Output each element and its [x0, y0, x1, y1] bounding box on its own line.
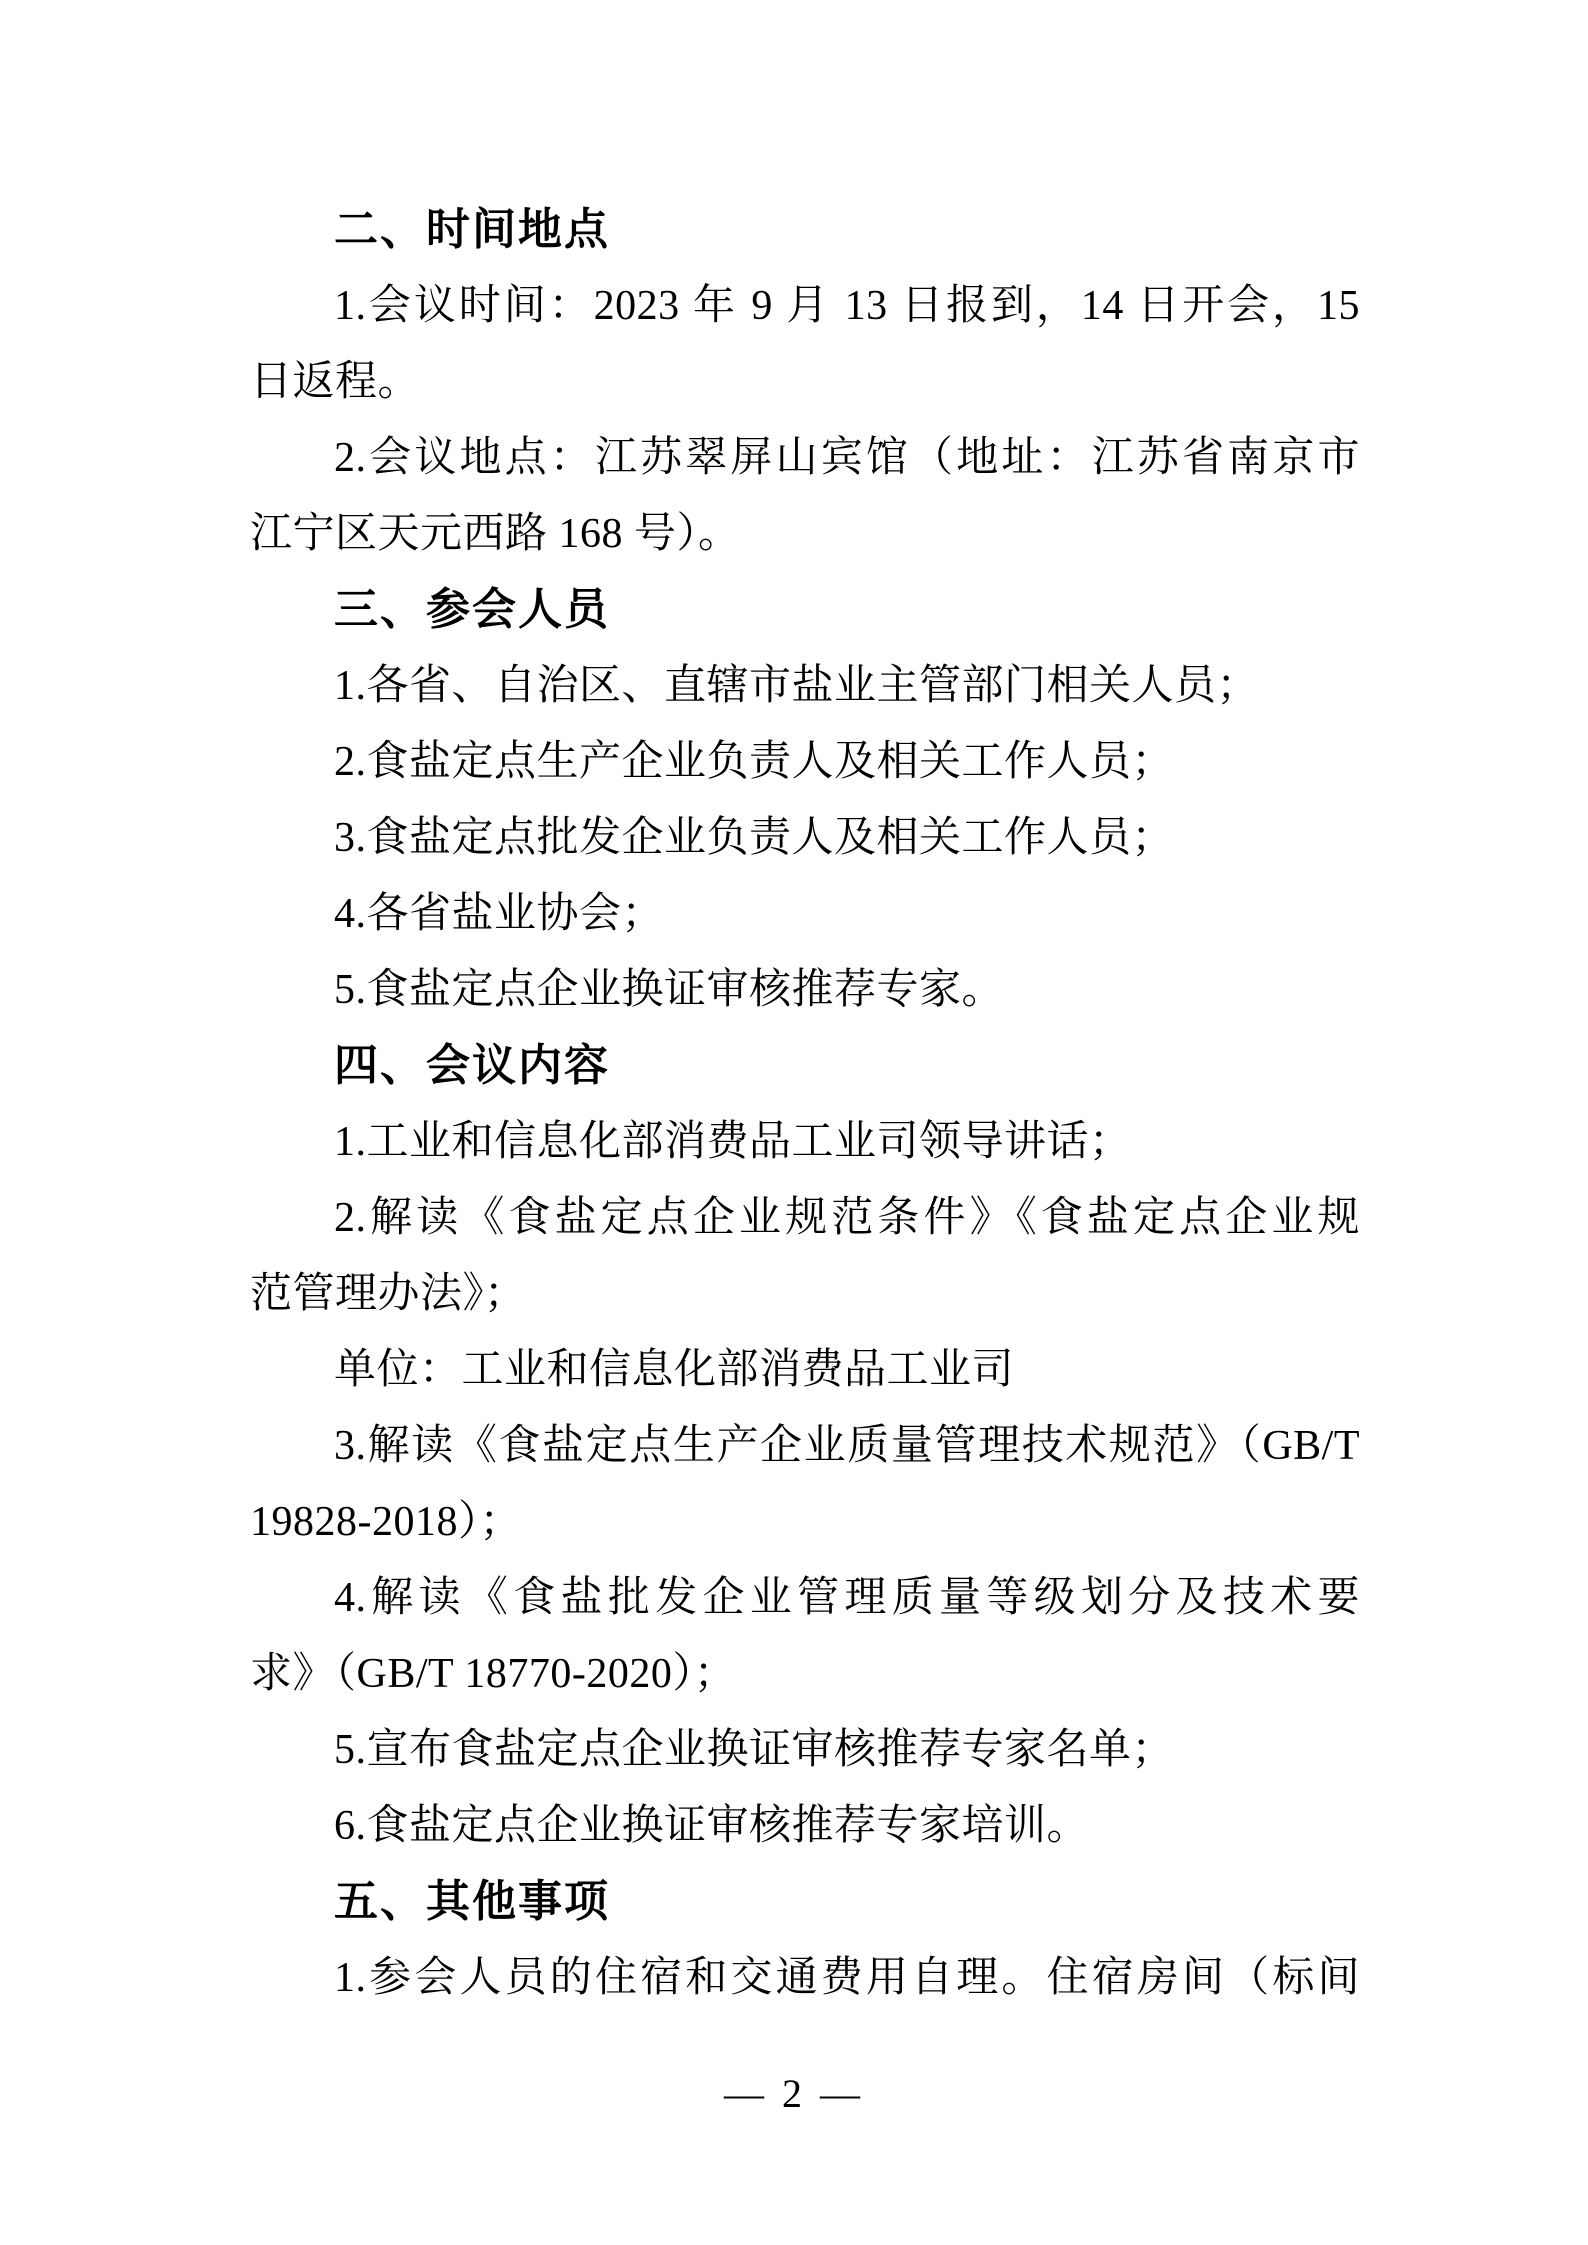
paragraph-line-agenda-3-cont: 19828-2018）；	[250, 1484, 1360, 1560]
section-heading-agenda: 四、会议内容	[250, 1028, 1360, 1104]
paragraph-line-agenda-2: 2.解读《食盐定点企业规范条件》《食盐定点企业规	[250, 1180, 1360, 1256]
paragraph-line-participants-5: 5.食盐定点企业换证审核推荐专家。	[250, 952, 1360, 1028]
paragraph-line-meeting-place: 2.会议地点：江苏翠屏山宾馆（地址：江苏省南京市	[250, 420, 1360, 496]
section-heading-other-matters: 五、其他事项	[250, 1864, 1360, 1940]
paragraph-line-agenda-3: 3.解读《食盐定点生产企业质量管理技术规范》（GB/T	[250, 1408, 1360, 1484]
paragraph-line-participants-3: 3.食盐定点批发企业负责人及相关工作人员；	[250, 800, 1360, 876]
paragraph-line-address: 江宁区天元西路 168 号）。	[250, 496, 1360, 572]
paragraph-line-meeting-time: 1.会议时间：2023 年 9 月 13 日报到，14 日开会，15	[250, 268, 1360, 344]
paragraph-line-agenda-5: 5.宣布食盐定点企业换证审核推荐专家名单；	[250, 1712, 1360, 1788]
paragraph-line-participants-4: 4.各省盐业协会；	[250, 876, 1360, 952]
section-heading-time-location: 二、时间地点	[250, 192, 1360, 268]
paragraph-line-participants-1: 1.各省、自治区、直辖市盐业主管部门相关人员；	[250, 648, 1360, 724]
paragraph-line-agenda-4: 4.解读《食盐批发企业管理质量等级划分及技术要	[250, 1560, 1360, 1636]
page-number: — 2 —	[0, 2072, 1588, 2116]
paragraph-line-agenda-6: 6.食盐定点企业换证审核推荐专家培训。	[250, 1788, 1360, 1864]
document-page: 二、时间地点 1.会议时间：2023 年 9 月 13 日报到，14 日开会，1…	[0, 0, 1588, 2245]
paragraph-line-agenda-1: 1.工业和信息化部消费品工业司领导讲话；	[250, 1104, 1360, 1180]
document-text-block: 二、时间地点 1.会议时间：2023 年 9 月 13 日报到，14 日开会，1…	[250, 192, 1360, 2016]
paragraph-line-return-date: 日返程。	[250, 344, 1360, 420]
paragraph-line-other-1: 1.参会人员的住宿和交通费用自理。住宿房间（标间	[250, 1940, 1360, 2016]
paragraph-line-agenda-unit: 单位：工业和信息化部消费品工业司	[250, 1332, 1360, 1408]
paragraph-line-agenda-4-cont: 求》（GB/T 18770-2020）；	[250, 1636, 1360, 1712]
paragraph-line-participants-2: 2.食盐定点生产企业负责人及相关工作人员；	[250, 724, 1360, 800]
paragraph-line-agenda-2-cont: 范管理办法》；	[250, 1256, 1360, 1332]
section-heading-participants: 三、参会人员	[250, 572, 1360, 648]
